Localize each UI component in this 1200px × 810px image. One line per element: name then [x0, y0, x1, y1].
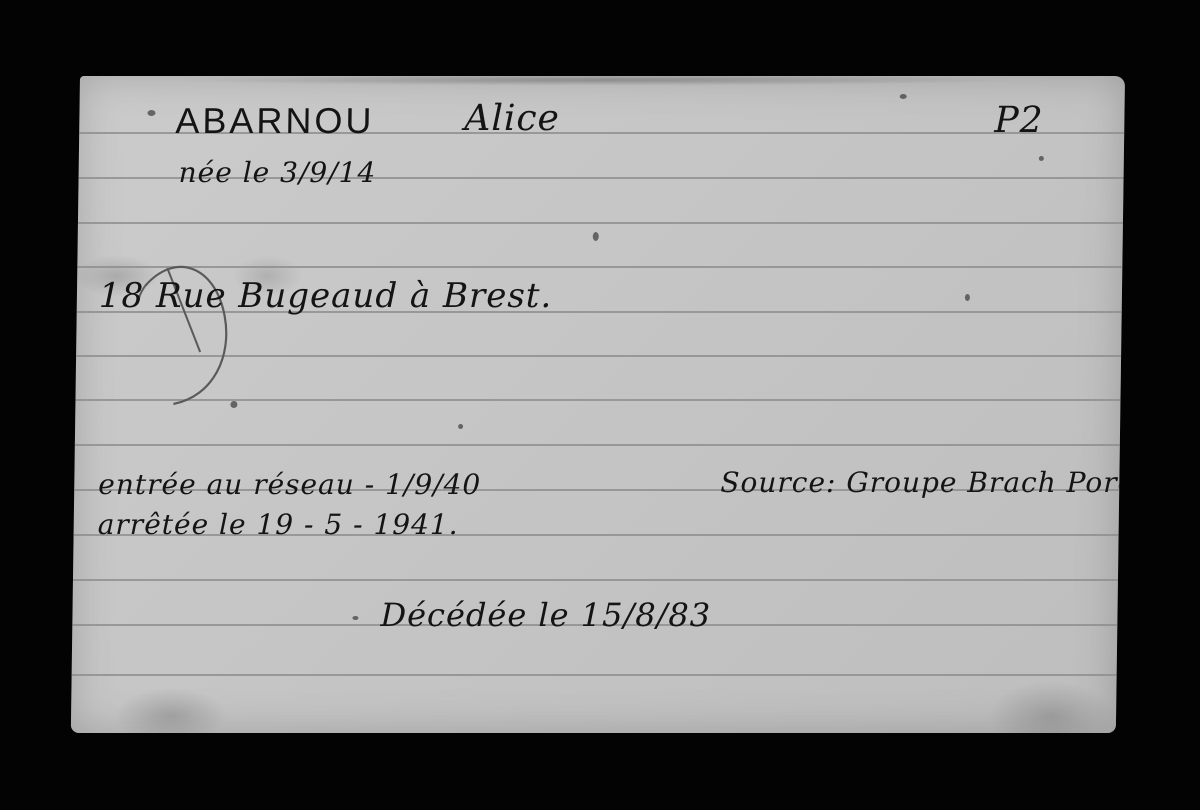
ruled-line [75, 444, 1120, 446]
address: 18 Rue Bugeaud à Brest. [99, 276, 553, 316]
index-card: ABARNOU Alice P2 née le 3/9/14 18 Rue Bu… [71, 76, 1125, 733]
stain [458, 424, 463, 429]
source: Source: Groupe Brach Porette [720, 466, 1125, 499]
ruled-line [77, 266, 1122, 268]
ruled-line [76, 355, 1121, 357]
ruled-line [78, 222, 1123, 224]
ruled-line [72, 674, 1117, 676]
stain [147, 110, 155, 116]
birth-date: née le 3/9/14 [178, 156, 376, 189]
stain [593, 232, 599, 241]
ruled-line [73, 579, 1118, 581]
stain [965, 294, 970, 301]
stain [352, 616, 358, 620]
stain [1039, 156, 1044, 161]
surname: ABARNOU [175, 100, 375, 142]
stain [900, 94, 907, 99]
first-name: Alice [464, 98, 560, 139]
death-date: Décédée le 15/8/83 [380, 596, 711, 634]
reference-code: P2 [994, 100, 1044, 141]
network-entry-date: entrée au réseau - 1/9/40 [98, 468, 481, 501]
scan-background: ABARNOU Alice P2 née le 3/9/14 18 Rue Bu… [0, 0, 1200, 810]
arrest-date: arrêtée le 19 - 5 - 1941. [98, 508, 459, 541]
stain [230, 401, 237, 408]
